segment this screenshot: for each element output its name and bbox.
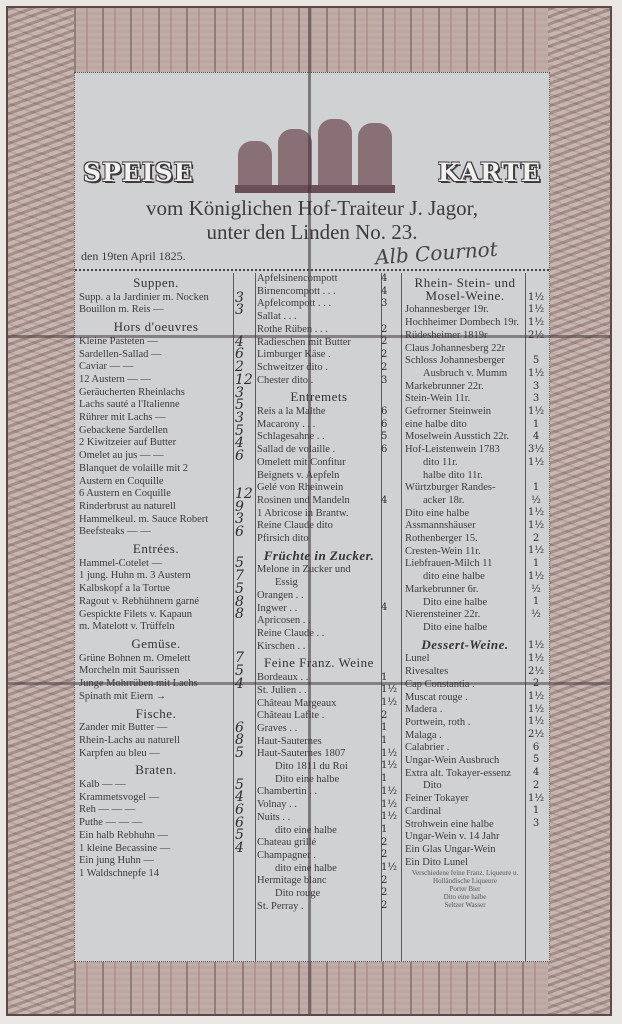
menu-item: Cap Constantia . (405, 679, 525, 692)
menu-item-price (381, 615, 397, 628)
menu-item: Portwein, roth . (405, 717, 525, 730)
menu-item-price (381, 457, 397, 470)
menu-item-price (381, 628, 397, 641)
menu-item: Schlagesahne . . (257, 431, 381, 444)
menu-item-price: 2½ (527, 666, 545, 679)
menu-item: Ragout v. Rebhühnern garné (79, 596, 233, 609)
menu-item: Karpfen au bleu — (79, 748, 233, 761)
section-heading-spacer (235, 707, 255, 720)
menu-item-price: 1½ (381, 786, 397, 799)
section-heading: Suppen. (79, 277, 233, 290)
menu-sheet: SPEISE KARTE vom Königlichen Hof-Traiteu… (6, 6, 612, 1016)
menu-item: Strohwein eine halbe (405, 819, 525, 832)
menu-item-price (381, 507, 397, 520)
menu-item: Kalbskopf a la Tortue (79, 583, 233, 596)
menu-item: Melone in Zucker und (257, 564, 381, 577)
menu-item: 1 Waldschnepfe 14 (79, 868, 233, 881)
menu-item: St. Julien . . (257, 685, 381, 698)
menu-item-price: 6 (381, 419, 397, 432)
menu-item-price: 1½ (527, 640, 545, 653)
menu-item: Haut-Sauternes 1807 (257, 748, 381, 761)
menu-item: Hermitage blanc (257, 875, 381, 888)
menu-item: Apfelsinencompott (257, 273, 381, 286)
section-heading-spacer (381, 657, 397, 670)
menu-item-price: 1½ (381, 684, 397, 697)
menu-item-price: 2 (381, 336, 397, 349)
menu-item: Ingwer . . (257, 603, 381, 616)
menu-item-price: 3 (381, 298, 397, 311)
menu-item: acker 18r. (405, 495, 525, 508)
menu-item-price: 1½ (527, 545, 545, 558)
menu-item-price (381, 590, 397, 603)
menu-item-price: 1½ (527, 653, 545, 666)
menu-panel: SPEISE KARTE vom Königlichen Hof-Traiteu… (74, 72, 550, 962)
subtitle-traiteur: vom Königlichen Hof-Traiteur J. Jagor, (75, 196, 549, 221)
menu-item: Gelé von Rheinwein (257, 482, 381, 495)
fold-crease-horizontal (8, 335, 610, 338)
menu-item-price: 6 (527, 742, 545, 755)
section-heading-spacer (235, 638, 255, 651)
menu-item: Beefsteaks — — (79, 526, 233, 539)
column-desserts-prices: 44322223 66564 4 11½1½2111½1½11½1½1½1221… (381, 273, 397, 955)
menu-item: dito eine halbe (257, 863, 381, 876)
menu-item: Geräucherten Rheinlachs (79, 387, 233, 400)
column-dishes-prices: 33 4621235354612936 57588 754 685 546654 (235, 273, 255, 955)
menu-item-price: 6 (381, 406, 397, 419)
section-heading: Feine Franz. Weine (257, 657, 381, 670)
menu-item-price: 1½ (381, 760, 397, 773)
menu-item: Dito eine halbe (257, 774, 381, 787)
menu-item: Ungar-Wein Ausbruch (405, 755, 525, 768)
menu-item-price: 1½ (527, 571, 545, 584)
menu-date: den 19ten April 1825. (81, 249, 186, 264)
ornamental-border-left (8, 8, 74, 1014)
menu-item-price: 4 (381, 286, 397, 299)
menu-item: Hochheimer Dombech 19r. (405, 317, 525, 330)
menu-item-price: 2 (381, 849, 397, 862)
menu-item-price: 1 (527, 558, 545, 571)
menu-item-price: 2 (527, 780, 545, 793)
page-title: SPEISE KARTE (75, 158, 549, 194)
menu-item-price: 2 (527, 533, 545, 546)
menu-item: Ein jung Huhn — (79, 855, 233, 868)
menu-item: Extra alt. Tokayer-essenz (405, 768, 525, 781)
menu-item: Rührer mit Lachs — (79, 412, 233, 425)
menu-item-price: 1 (527, 482, 545, 495)
menu-item: Nuits . . (257, 812, 381, 825)
menu-item-price: 6 (235, 450, 255, 463)
menu-item-price (381, 640, 397, 653)
menu-item: Würtzburger Randes- (405, 482, 525, 495)
menu-item-price: 5 (527, 754, 545, 767)
menu-item: Gespickte Filets v. Kapaun (79, 609, 233, 622)
menu-item-price: 1½ (527, 691, 545, 704)
column-dishes: Suppen.Supp. a la Jardinier m. NockenBou… (79, 273, 233, 955)
menu-item-price: 1½ (381, 748, 397, 761)
menu-item: 12 Austern — — (79, 374, 233, 387)
menu-item-price: 3 (527, 818, 545, 831)
menu-item-price (235, 621, 255, 634)
menu-item-price: 3 (527, 381, 545, 394)
menu-item-price: 2 (381, 349, 397, 362)
menu-item: Puthe — — — (79, 817, 233, 830)
menu-item-price (381, 520, 397, 533)
fold-crease-horizontal (8, 682, 610, 685)
menu-item-price: 3 (527, 393, 545, 406)
menu-item-price: 1½ (527, 406, 545, 419)
menu-item-price (527, 843, 545, 856)
section-heading-spacer (381, 391, 397, 404)
section-heading-spacer (527, 626, 545, 639)
section-heading: Entrées. (79, 543, 233, 556)
section-heading: Hors d'oeuvres (79, 321, 233, 334)
menu-item-price: 4 (235, 842, 255, 855)
menu-item-price: 2½ (527, 729, 545, 742)
menu-item: Château Lafite . (257, 710, 381, 723)
menu-item-price: 1½ (527, 317, 545, 330)
menu-item-price: 5 (381, 431, 397, 444)
menu-item: Kirschen . . (257, 641, 381, 654)
section-heading: Früchte in Zucker. (257, 550, 381, 563)
menu-item-price (381, 577, 397, 590)
menu-item: Krammetsvogel — (79, 792, 233, 805)
menu-item: Ein Glas Ungar-Wein (405, 844, 525, 857)
menu-item-price: 1½ (527, 520, 545, 533)
menu-item: Cresten-Wein 11r. (405, 546, 525, 559)
menu-item: Schloss Johannesberger (405, 355, 525, 368)
menu-item: Muscat rouge . (405, 692, 525, 705)
divider (75, 269, 549, 271)
menu-item-price (235, 855, 255, 868)
menu-item: Omelett mit Confitur (257, 457, 381, 470)
menu-item: Dito eine halbe (405, 622, 525, 635)
menu-item-price (235, 690, 255, 703)
menu-item: Johannesberger 19r. (405, 304, 525, 317)
menu-item-price: 1½ (381, 697, 397, 710)
menu-item: Château Margeaux (257, 698, 381, 711)
menu-item: Assmannshäuser (405, 520, 525, 533)
menu-item-price: 6 (235, 526, 255, 539)
menu-item: Sallat . . . (257, 311, 381, 324)
menu-item: Chateau grillé (257, 837, 381, 850)
menu-item-price: 2 (381, 837, 397, 850)
menu-item: Ein halb Rebhuhn — (79, 830, 233, 843)
menu-item-price (381, 482, 397, 495)
menu-item-price: 1 (527, 596, 545, 609)
menu-item: St. Perray . (257, 901, 381, 914)
menu-item-price: 4 (381, 495, 397, 508)
column-desserts-french-wines: ApfelsinencompottBirnencompott . . .Apfe… (257, 273, 381, 955)
menu-item-price: 4 (527, 767, 545, 780)
menu-item: Reh — — — (79, 804, 233, 817)
menu-item-price: 5 (235, 747, 255, 760)
section-heading: Dessert-Weine. (405, 639, 525, 652)
menu-item-price: 3 (235, 304, 255, 317)
menu-item-price: 2 (381, 710, 397, 723)
menu-item: 1 kleine Becassine — (79, 843, 233, 856)
menu-item: eine halbe dito (405, 419, 525, 432)
menu-item: Moselwein Ausstich 22r. (405, 431, 525, 444)
menu-item-price: 4 (527, 431, 545, 444)
menu-item: Rhein-Lachs au naturell (79, 735, 233, 748)
menu-item: Calabrier . (405, 742, 525, 755)
menu-item: Birnencompott . . . (257, 286, 381, 299)
title-speise: SPEISE (83, 158, 194, 187)
menu-item-price: 1 (527, 419, 545, 432)
menu-item-price (381, 311, 397, 324)
menu-item: Claus Johannesberg 22r (405, 343, 525, 356)
menu-item-price: 1½ (527, 507, 545, 520)
menu-item-price: 1½ (527, 793, 545, 806)
menu-item: 1 Abricose in Brantw. (257, 508, 381, 521)
menu-item: Orangen . . (257, 590, 381, 603)
menu-item: Spinath mit Eiern → (79, 691, 233, 704)
menu-item-price: 5 (527, 355, 545, 368)
menu-item: Apfelcompott . . . (257, 298, 381, 311)
menu-item: Dito eine halbe (405, 508, 525, 521)
menu-item: Dito eine halbe (405, 597, 525, 610)
menu-item: Lunel (405, 653, 525, 666)
menu-item-price: 1½ (527, 368, 545, 381)
menu-item: Sallad de volaille . (257, 444, 381, 457)
menu-item: Madera . (405, 704, 525, 717)
menu-item: Dito 1811 du Roi (257, 761, 381, 774)
menu-item: Hammel-Cotelet — (79, 558, 233, 571)
menu-item: Malaga . (405, 730, 525, 743)
menu-item-price: 1 (381, 722, 397, 735)
menu-item-price: 1 (381, 773, 397, 786)
menu-item-price: ½ (527, 495, 545, 508)
column-divider (401, 273, 402, 961)
menu-item-price: 4 (381, 602, 397, 615)
menu-item: Hammelkeul. m. Sauce Robert (79, 514, 233, 527)
column-divider (233, 273, 234, 961)
menu-item: Graves . . (257, 723, 381, 736)
menu-item: Radieschen mit Butter (257, 337, 381, 350)
liqueur-footnote: Verschiedene feine Franz. Liqueure u. Ho… (405, 869, 525, 885)
menu-item: Morcheln mit Saurissen (79, 665, 233, 678)
menu-item-price (381, 533, 397, 546)
menu-item: Sardellen-Sallad — (79, 349, 233, 362)
menu-item-price: 8 (235, 608, 255, 621)
menu-item: Omelet au jus — — (79, 450, 233, 463)
column-divider (255, 273, 256, 961)
title-karte: KARTE (438, 158, 541, 187)
section-heading: Entremets (257, 391, 381, 404)
menu-item-price (381, 469, 397, 482)
menu-item-price: 6 (381, 444, 397, 457)
menu-item: Austern en Coquille (79, 476, 233, 489)
menu-item-price (527, 469, 545, 482)
menu-item: Caviar — — (79, 361, 233, 374)
menu-item-price: 1½ (381, 799, 397, 812)
menu-item: Liebfrauen-Milch 11 (405, 558, 525, 571)
menu-item: Lachs sauté a l'Italienne (79, 399, 233, 412)
section-heading-spacer (235, 321, 255, 334)
menu-item: Feiner Tokayer (405, 793, 525, 806)
menu-item: Cardinal (405, 806, 525, 819)
beer-item: Porter Bier (405, 885, 525, 893)
menu-item-price (235, 463, 255, 476)
section-heading: Fische. (79, 708, 233, 721)
menu-item-price: 1 (527, 805, 545, 818)
menu-item: Chester dito . (257, 375, 381, 388)
menu-item-price: 1½ (381, 862, 397, 875)
menu-item: Haut-Sauternes (257, 736, 381, 749)
menu-item-price (527, 831, 545, 844)
menu-item: dito eine halbe (405, 571, 525, 584)
menu-item-price: 2 (381, 900, 397, 913)
menu-item-price: 4 (381, 273, 397, 286)
menu-item: 6 Austern en Coquille (79, 488, 233, 501)
menu-item-price (527, 342, 545, 355)
menu-item: Limburger Käse . (257, 349, 381, 362)
menu-item: Rinderbrust au naturell (79, 501, 233, 514)
menu-item: halbe dito 11r. (405, 470, 525, 483)
menu-item: Chambertin . . (257, 786, 381, 799)
menu-item: dito 11r. (405, 457, 525, 470)
menu-item: Reine Claude dito (257, 520, 381, 533)
menu-item: Hof-Leistenwein 1783 (405, 444, 525, 457)
menu-item-price: 3½ (527, 444, 545, 457)
menu-item: Gebackene Sardellen (79, 425, 233, 438)
section-heading-spacer (381, 549, 397, 562)
section-heading: Rhein- Stein- und Mosel-Weine. (405, 277, 525, 302)
column-wine-prices: 1½1½1½2½51½331½143½1½1½1½1½21½11½½1½ 1½1… (527, 273, 545, 955)
menu-item: Champagner . (257, 850, 381, 863)
menu-item: 2 Kiwitzeier auf Butter (79, 437, 233, 450)
menu-item: m. Matelott v. Trüffeln (79, 621, 233, 634)
menu-item: Apricosen . . (257, 615, 381, 628)
menu-item-price: 2 (381, 875, 397, 888)
menu-item-price: 1 (381, 824, 397, 837)
fold-crease-vertical (308, 8, 311, 1014)
menu-item: 1 jung. Huhn m. 3 Austern (79, 570, 233, 583)
section-heading: Gemüse. (79, 638, 233, 651)
menu-item-price: 1½ (527, 716, 545, 729)
column-divider (525, 273, 526, 961)
section-heading-spacer (235, 764, 255, 777)
menu-item-price: 1 (381, 735, 397, 748)
menu-item-price: 2 (381, 887, 397, 900)
section-heading: Braten. (79, 764, 233, 777)
menu-item: Grüne Bohnen m. Omelett (79, 653, 233, 666)
beer-item: Dito eine halbe (405, 893, 525, 901)
menu-item-price: ½ (527, 584, 545, 597)
menu-item-price: 1½ (381, 811, 397, 824)
menu-item: Reine Claude . . (257, 628, 381, 641)
menu-item: Stein-Wein 11r. (405, 393, 525, 406)
menu-item-price: 3 (381, 375, 397, 388)
ornamental-border-right (548, 8, 610, 1014)
menu-item-price: 1½ (527, 704, 545, 717)
menu-item: Ausbruch v. Mumm (405, 368, 525, 381)
menu-item: Markebrunner 6r. (405, 584, 525, 597)
beer-item: Seltzer Wasser (405, 901, 525, 909)
menu-item: Blanquet de volaille mit 2 (79, 463, 233, 476)
menu-item-price: 1½ (527, 457, 545, 470)
menu-item: Zander mit Butter — (79, 722, 233, 735)
menu-item: Macarony . . . (257, 419, 381, 432)
menu-item: Bouillon m. Reis — (79, 304, 233, 317)
menu-item-price: 2 (381, 362, 397, 375)
section-heading-spacer (235, 543, 255, 556)
column-rhine-dessert-wines: Rhein- Stein- und Mosel-Weine.Johannesbe… (405, 273, 525, 955)
menu-item: Rosinen und Mandeln (257, 495, 381, 508)
menu-item-price: 1½ (527, 292, 545, 305)
menu-item: Reis a la Malthe (257, 406, 381, 419)
menu-item: Supp. a la Jardinier m. Nocken (79, 292, 233, 305)
menu-item: dito eine halbe (257, 825, 381, 838)
menu-item-price (381, 564, 397, 577)
menu-item: Ungar-Wein v. 14 Jahr (405, 831, 525, 844)
menu-item: Schweitzer dito . (257, 362, 381, 375)
menu-item: Rothenberger 15. (405, 533, 525, 546)
menu-item: Nierensteiner 22r. (405, 609, 525, 622)
menu-item: Dito (405, 780, 525, 793)
menu-item-price (235, 867, 255, 880)
menu-item-price: 1½ (527, 304, 545, 317)
section-heading-spacer (527, 277, 545, 290)
menu-item: Dito rouge (257, 888, 381, 901)
menu-item: Kalb — — (79, 779, 233, 792)
menu-item: Gefrorner Steinwein (405, 406, 525, 419)
palmette-frieze-top (74, 8, 548, 78)
menu-item: Volnay . . (257, 799, 381, 812)
section-heading-spacer (235, 277, 255, 290)
menu-item: Pfirsich dito (257, 533, 381, 546)
menu-item: Ein Dito Lunel (405, 857, 525, 870)
menu-item: Essig (257, 577, 381, 590)
menu-item: Rivesaltes (405, 666, 525, 679)
menu-item: Beignets v. Aepfeln (257, 470, 381, 483)
menu-item-price: ½ (527, 609, 545, 622)
menu-item: Markebrunner 22r. (405, 381, 525, 394)
